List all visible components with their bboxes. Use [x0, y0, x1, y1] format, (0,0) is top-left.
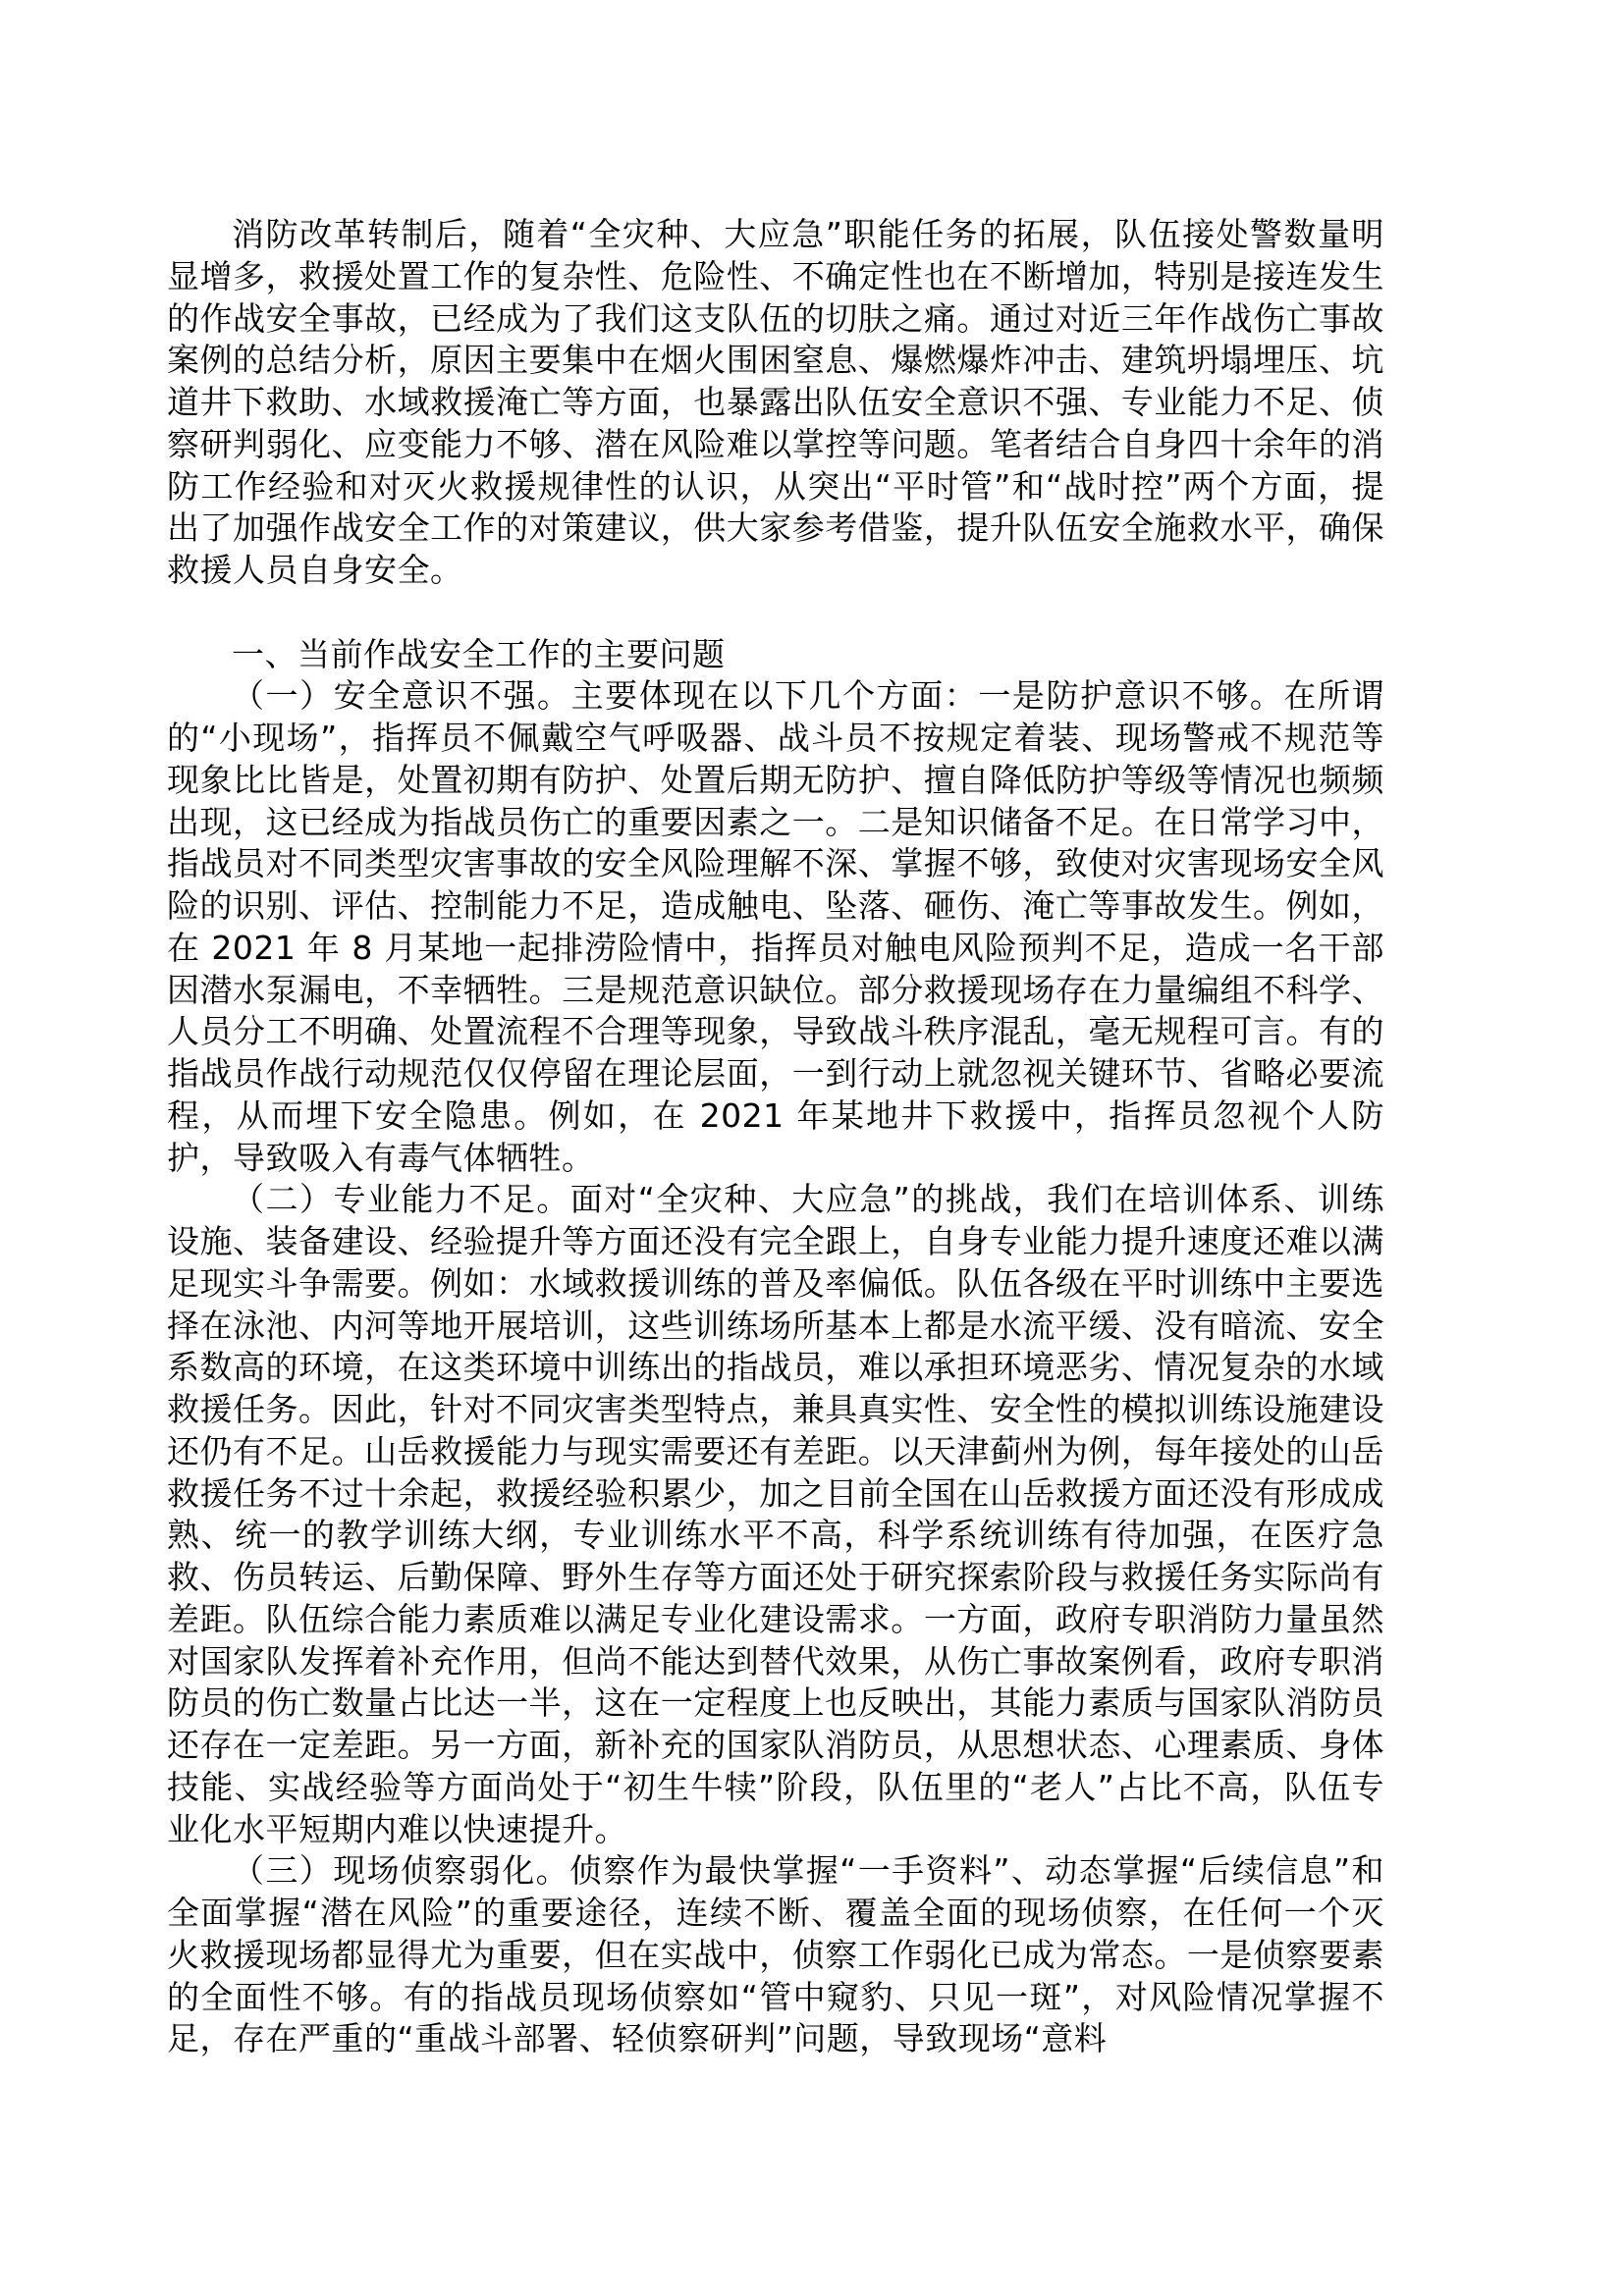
paragraph-professional-ability: （二）专业能力不足。面对“全灾种、大应急”的挑战，我们在培训体系、训练设施、装备… — [167, 1179, 1384, 1850]
document-page: 消防改革转制后，随着“全灾种、大应急”职能任务的拓展，队伍接处警数量明显增多，救… — [0, 0, 1624, 2296]
intro-paragraph: 消防改革转制后，随着“全灾种、大应急”职能任务的拓展，队伍接处警数量明显增多，救… — [167, 214, 1384, 592]
document-text-block: 消防改革转制后，随着“全灾种、大应急”职能任务的拓展，队伍接处警数量明显增多，救… — [167, 214, 1384, 2060]
blank-line-spacer — [167, 592, 1384, 634]
paragraph-scene-reconnaissance: （三）现场侦察弱化。侦察作为最快掌握“一手资料”、动态掌握“后续信息”和全面掌握… — [167, 1850, 1384, 2060]
paragraph-safety-awareness: （一）安全意识不强。主要体现在以下几个方面：一是防护意识不够。在所谓的“小现场”… — [167, 675, 1384, 1179]
section-heading: 一、当前作战安全工作的主要问题 — [167, 634, 1384, 676]
